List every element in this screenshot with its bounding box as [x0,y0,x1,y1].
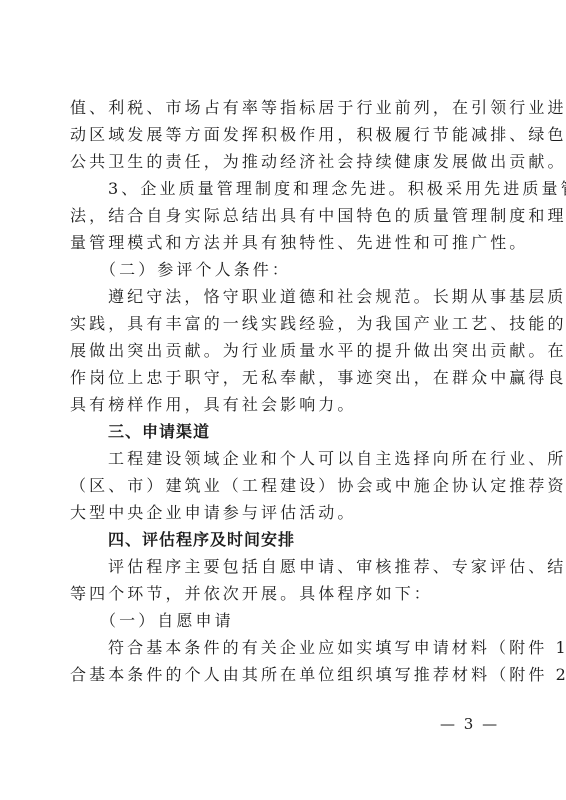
document-page: 值、利税、市场占有率等指标居于行业前列，在引领行业进步、带 动区域发展等方面发挥… [0,0,566,800]
subsection-heading: （一）自愿申请 [100,611,530,631]
body-line: 作岗位上忠于职守，无私奉献，事迹突出，在群众中赢得良好赞誉， [70,368,500,388]
body-line: 遵纪守法，恪守职业道德和社会规范。长期从事基层质量工作 [108,287,538,307]
body-line: 公共卫生的责任，为推动经济社会持续健康发展做出贡献。 [70,152,500,172]
section-heading: 四、评估程序及时间安排 [108,530,538,550]
body-line: 具有榜样作用，具有社会影响力。 [70,395,500,415]
body-line: 符合基本条件的有关企业应如实填写申请材料（附件 1），符 [108,638,538,658]
section-heading: 三、申请渠道 [108,422,538,442]
body-line: 工程建设领域企业和个人可以自主选择向所在行业、所在省 [108,449,538,469]
page-number: — 3 — [440,715,499,733]
body-line: 等四个环节，并依次开展。具体程序如下： [70,584,500,604]
body-line: 展做出突出贡献。为行业质量水平的提升做出突出贡献。在一线工 [70,341,500,361]
body-line: 法，结合自身实际总结出具有中国特色的质量管理制度和理念，质 [70,206,500,226]
body-line: 大型中央企业申请参与评估活动。 [70,503,500,523]
body-line: 量管理模式和方法并具有独特性、先进性和可推广性。 [70,233,500,253]
body-line: 合基本条件的个人由其所在单位组织填写推荐材料（附件 2），及 [70,665,500,685]
body-line: 3、企业质量管理制度和理念先进。积极采用先进质量管理方 [108,179,538,199]
body-line: （区、市）建筑业（工程建设）协会或中施企协认定推荐资格的特 [70,476,500,496]
body-line: 动区域发展等方面发挥积极作用，积极履行节能减排、绿色环保和 [70,125,500,145]
body-line: 评估程序主要包括自愿申请、审核推荐、专家评估、结果审定 [108,557,538,577]
subsection-heading: （二）参评个人条件： [100,260,530,280]
body-line: 实践，具有丰富的一线实践经验，为我国产业工艺、技能的改进发 [70,314,500,334]
body-line: 值、利税、市场占有率等指标居于行业前列，在引领行业进步、带 [70,98,500,118]
